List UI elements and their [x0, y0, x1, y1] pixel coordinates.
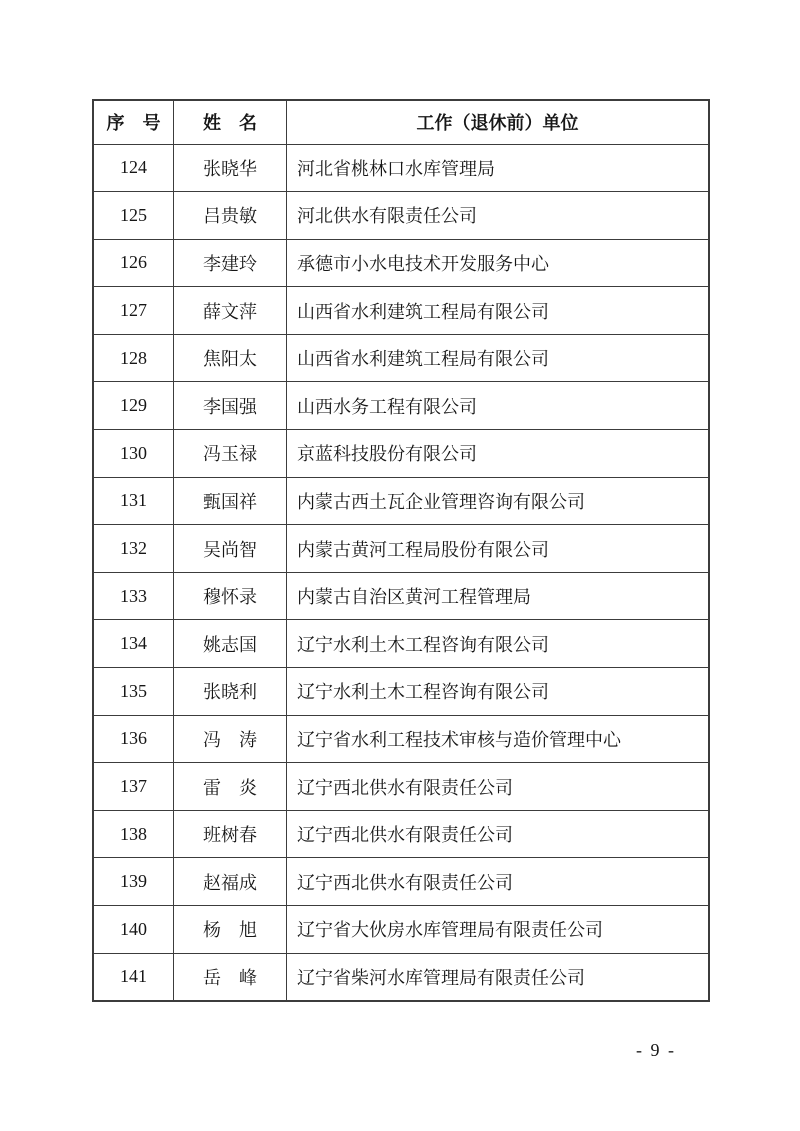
table-row: 128焦阳太山西省水利建筑工程局有限公司: [93, 334, 709, 382]
cell-work-unit: 内蒙古黄河工程局股份有限公司: [287, 525, 710, 573]
cell-serial-number: 136: [93, 715, 174, 763]
cell-work-unit: 辽宁西北供水有限责任公司: [287, 858, 710, 906]
cell-work-unit: 内蒙古自治区黄河工程管理局: [287, 572, 710, 620]
header-cell-name: 姓 名: [174, 100, 287, 144]
cell-serial-number: 137: [93, 763, 174, 811]
cell-name: 张晓华: [174, 144, 287, 192]
cell-work-unit: 辽宁水利土木工程咨询有限公司: [287, 668, 710, 716]
cell-name: 姚志国: [174, 620, 287, 668]
cell-work-unit: 山西省水利建筑工程局有限公司: [287, 287, 710, 335]
cell-work-unit: 辽宁西北供水有限责任公司: [287, 763, 710, 811]
cell-name: 李建玲: [174, 239, 287, 287]
cell-work-unit: 河北供水有限责任公司: [287, 192, 710, 240]
cell-name: 吴尚智: [174, 525, 287, 573]
cell-name: 吕贵敏: [174, 192, 287, 240]
cell-name: 冯玉禄: [174, 430, 287, 478]
cell-work-unit: 京蓝科技股份有限公司: [287, 430, 710, 478]
cell-name: 李国强: [174, 382, 287, 430]
cell-name: 班树春: [174, 810, 287, 858]
cell-serial-number: 132: [93, 525, 174, 573]
table-row: 133穆怀录内蒙古自治区黄河工程管理局: [93, 572, 709, 620]
cell-work-unit: 内蒙古西土瓦企业管理咨询有限公司: [287, 477, 710, 525]
cell-name: 张晓利: [174, 668, 287, 716]
table-row: 136冯 涛辽宁省水利工程技术审核与造价管理中心: [93, 715, 709, 763]
cell-serial-number: 138: [93, 810, 174, 858]
cell-serial-number: 134: [93, 620, 174, 668]
roster-table: 序 号 姓 名 工作（退休前）单位 124张晓华河北省桃林口水库管理局125吕贵…: [92, 99, 710, 1002]
table-header: 序 号 姓 名 工作（退休前）单位: [93, 100, 709, 144]
cell-name: 杨 旭: [174, 906, 287, 954]
cell-name: 雷 炎: [174, 763, 287, 811]
cell-work-unit: 辽宁省大伙房水库管理局有限责任公司: [287, 906, 710, 954]
table-row: 130冯玉禄京蓝科技股份有限公司: [93, 430, 709, 478]
table-row: 139赵福成辽宁西北供水有限责任公司: [93, 858, 709, 906]
table-row: 138班树春辽宁西北供水有限责任公司: [93, 810, 709, 858]
table-row: 134姚志国辽宁水利土木工程咨询有限公司: [93, 620, 709, 668]
cell-serial-number: 129: [93, 382, 174, 430]
cell-name: 穆怀录: [174, 572, 287, 620]
cell-work-unit: 山西水务工程有限公司: [287, 382, 710, 430]
table-row: 132吴尚智内蒙古黄河工程局股份有限公司: [93, 525, 709, 573]
cell-work-unit: 辽宁省柴河水库管理局有限责任公司: [287, 953, 710, 1001]
cell-serial-number: 127: [93, 287, 174, 335]
cell-work-unit: 承德市小水电技术开发服务中心: [287, 239, 710, 287]
cell-serial-number: 140: [93, 906, 174, 954]
table-row: 140杨 旭辽宁省大伙房水库管理局有限责任公司: [93, 906, 709, 954]
table-row: 125吕贵敏河北供水有限责任公司: [93, 192, 709, 240]
cell-work-unit: 辽宁省水利工程技术审核与造价管理中心: [287, 715, 710, 763]
table-row: 137雷 炎辽宁西北供水有限责任公司: [93, 763, 709, 811]
header-row: 序 号 姓 名 工作（退休前）单位: [93, 100, 709, 144]
cell-serial-number: 133: [93, 572, 174, 620]
cell-name: 薛文萍: [174, 287, 287, 335]
table-body: 124张晓华河北省桃林口水库管理局125吕贵敏河北供水有限责任公司126李建玲承…: [93, 144, 709, 1001]
cell-work-unit: 辽宁水利土木工程咨询有限公司: [287, 620, 710, 668]
cell-serial-number: 141: [93, 953, 174, 1001]
table-row: 135张晓利辽宁水利土木工程咨询有限公司: [93, 668, 709, 716]
cell-work-unit: 河北省桃林口水库管理局: [287, 144, 710, 192]
cell-serial-number: 135: [93, 668, 174, 716]
table-row: 141岳 峰辽宁省柴河水库管理局有限责任公司: [93, 953, 709, 1001]
cell-serial-number: 124: [93, 144, 174, 192]
table-row: 124张晓华河北省桃林口水库管理局: [93, 144, 709, 192]
cell-serial-number: 130: [93, 430, 174, 478]
cell-name: 甄国祥: [174, 477, 287, 525]
table-row: 131甄国祥内蒙古西土瓦企业管理咨询有限公司: [93, 477, 709, 525]
table-row: 126李建玲承德市小水电技术开发服务中心: [93, 239, 709, 287]
cell-name: 冯 涛: [174, 715, 287, 763]
table-row: 129李国强山西水务工程有限公司: [93, 382, 709, 430]
table-row: 127薛文萍山西省水利建筑工程局有限公司: [93, 287, 709, 335]
cell-serial-number: 131: [93, 477, 174, 525]
document-page: 序 号 姓 名 工作（退休前）单位 124张晓华河北省桃林口水库管理局125吕贵…: [0, 0, 800, 1131]
cell-name: 岳 峰: [174, 953, 287, 1001]
cell-serial-number: 128: [93, 334, 174, 382]
cell-serial-number: 139: [93, 858, 174, 906]
cell-work-unit: 山西省水利建筑工程局有限公司: [287, 334, 710, 382]
cell-name: 赵福成: [174, 858, 287, 906]
cell-serial-number: 125: [93, 192, 174, 240]
page-number: - 9 -: [620, 1040, 692, 1061]
header-cell-serial-number: 序 号: [93, 100, 174, 144]
cell-name: 焦阳太: [174, 334, 287, 382]
cell-work-unit: 辽宁西北供水有限责任公司: [287, 810, 710, 858]
header-cell-work-unit: 工作（退休前）单位: [287, 100, 710, 144]
cell-serial-number: 126: [93, 239, 174, 287]
